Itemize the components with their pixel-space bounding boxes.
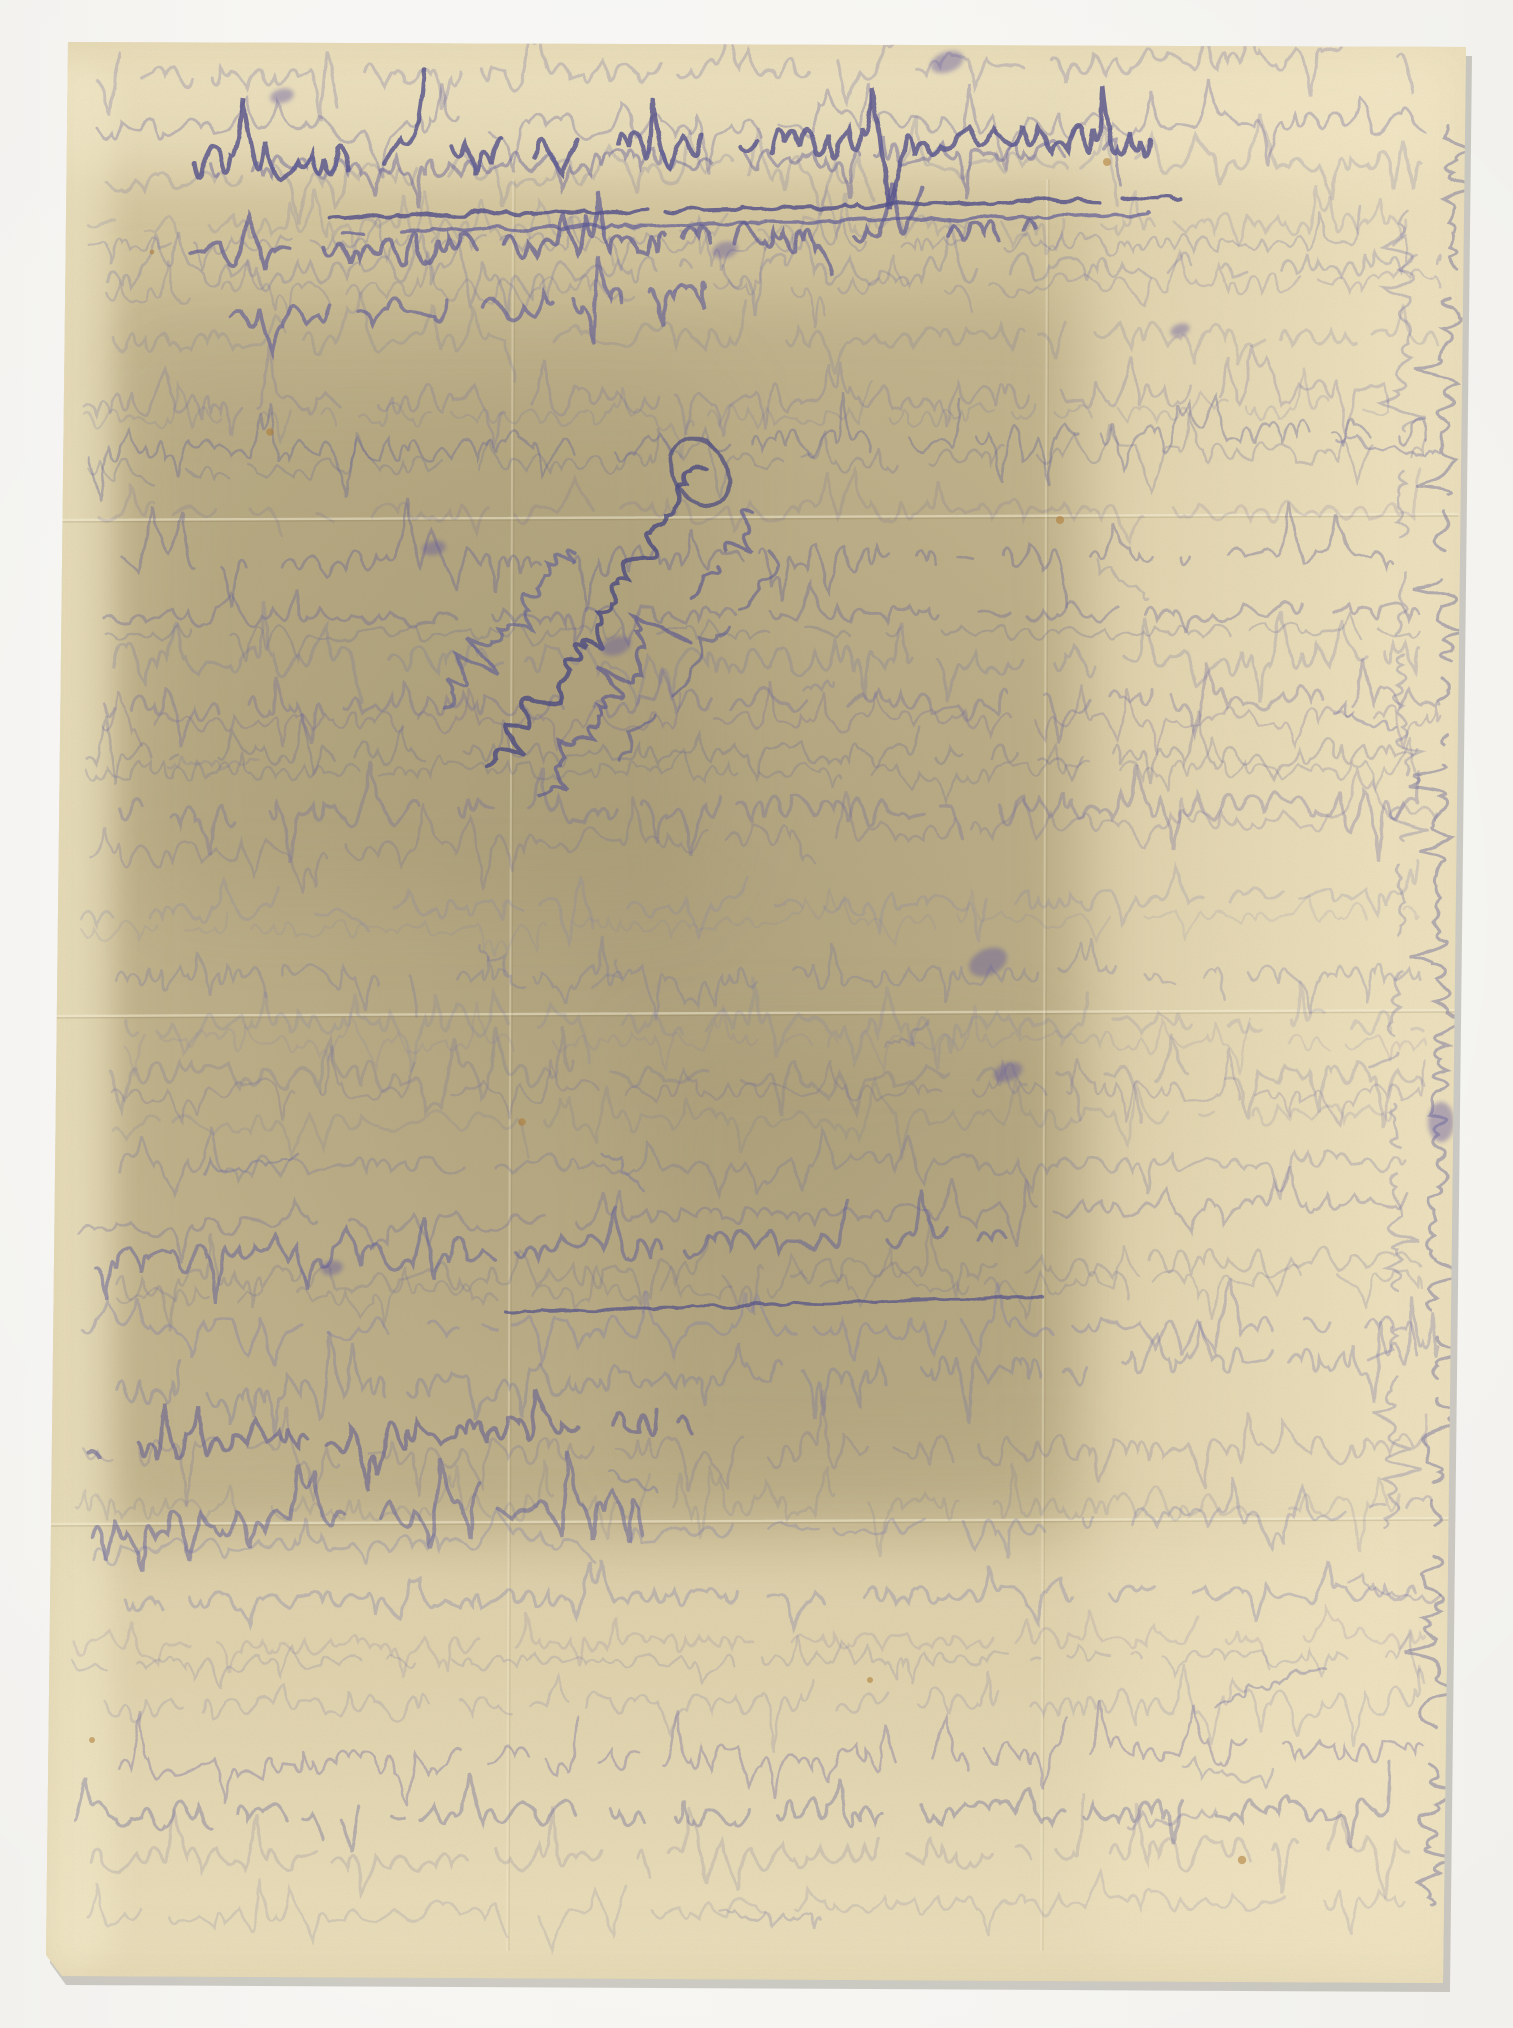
paper-grain-texture [0,0,1513,2028]
scanned-letter-photo [0,0,1513,2028]
handwriting-ink-layer [0,0,1513,2028]
manuscript-paper [0,0,1513,2028]
